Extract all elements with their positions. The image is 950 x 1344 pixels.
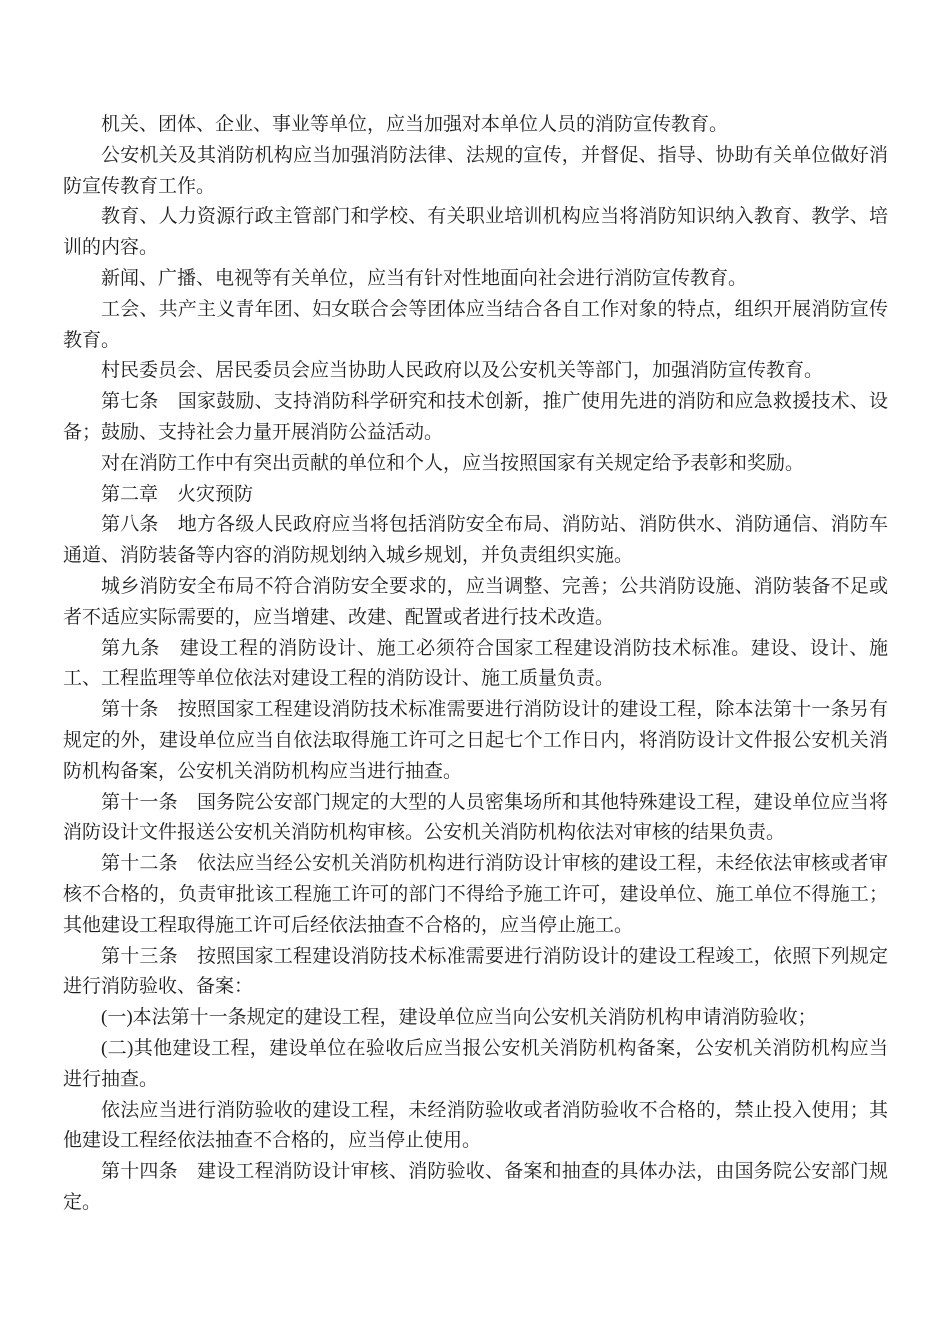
paragraph-urban-rural-layout: 城乡消防安全布局不符合消防安全要求的，应当调整、完善；公共消防设施、消防装备不足… [63, 572, 888, 634]
paragraph-article-10: 第十条 按照国家工程建设消防技术标准需要进行消防设计的建设工程，除本法第十一条另… [63, 695, 888, 787]
paragraph-trade-unions: 工会、共产主义青年团、妇女联合会等团体应当结合各自工作对象的特点，组织开展消防宣… [63, 295, 888, 357]
paragraph-article-11: 第十一条 国务院公安部门规定的大型的人员密集场所和其他特殊建设工程，建设单位应当… [63, 788, 888, 850]
paragraph-commendation: 对在消防工作中有突出贡献的单位和个人，应当按照国家有关规定给予表彰和奖励。 [63, 449, 888, 480]
paragraph-article-13: 第十三条 按照国家工程建设消防技术标准需要进行消防设计的建设工程竣工，依照下列规… [63, 942, 888, 1004]
paragraph-fire-education-units: 机关、团体、企业、事业等单位，应当加强对本单位人员的消防宣传教育。 [63, 110, 888, 141]
paragraph-article-13-item-1: (一)本法第十一条规定的建设工程，建设单位应当向公安机关消防机构申请消防验收； [63, 1003, 888, 1034]
paragraph-public-security-organs: 公安机关及其消防机构应当加强消防法律、法规的宣传，并督促、指导、协助有关单位做好… [63, 141, 888, 203]
paragraph-article-12: 第十二条 依法应当经公安机关消防机构进行消防设计审核的建设工程，未经依法审核或者… [63, 849, 888, 941]
paragraph-acceptance-check: 依法应当进行消防验收的建设工程，未经消防验收或者消防验收不合格的，禁止投入使用；… [63, 1096, 888, 1158]
chapter-2-heading: 第二章 火灾预防 [63, 480, 888, 511]
document-page: 机关、团体、企业、事业等单位，应当加强对本单位人员的消防宣传教育。 公安机关及其… [63, 110, 888, 1219]
paragraph-village-committees: 村民委员会、居民委员会应当协助人民政府以及公安机关等部门，加强消防宣传教育。 [63, 356, 888, 387]
paragraph-article-13-item-2: (二)其他建设工程，建设单位在验收后应当报公安机关消防机构备案，公安机关消防机构… [63, 1034, 888, 1096]
paragraph-article-8: 第八条 地方各级人民政府应当将包括消防安全布局、消防站、消防供水、消防通信、消防… [63, 510, 888, 572]
paragraph-article-9: 第九条 建设工程的消防设计、施工必须符合国家工程建设消防技术标准。建设、设计、施… [63, 634, 888, 696]
paragraph-article-14: 第十四条 建设工程消防设计审核、消防验收、备案和抽查的具体办法，由国务院公安部门… [63, 1157, 888, 1219]
paragraph-article-7: 第七条 国家鼓励、支持消防科学研究和技术创新，推广使用先进的消防和应急救援技术、… [63, 387, 888, 449]
paragraph-news-media: 新闻、广播、电视等有关单位，应当有针对性地面向社会进行消防宣传教育。 [63, 264, 888, 295]
paragraph-education-departments: 教育、人力资源行政主管部门和学校、有关职业培训机构应当将消防知识纳入教育、教学、… [63, 202, 888, 264]
